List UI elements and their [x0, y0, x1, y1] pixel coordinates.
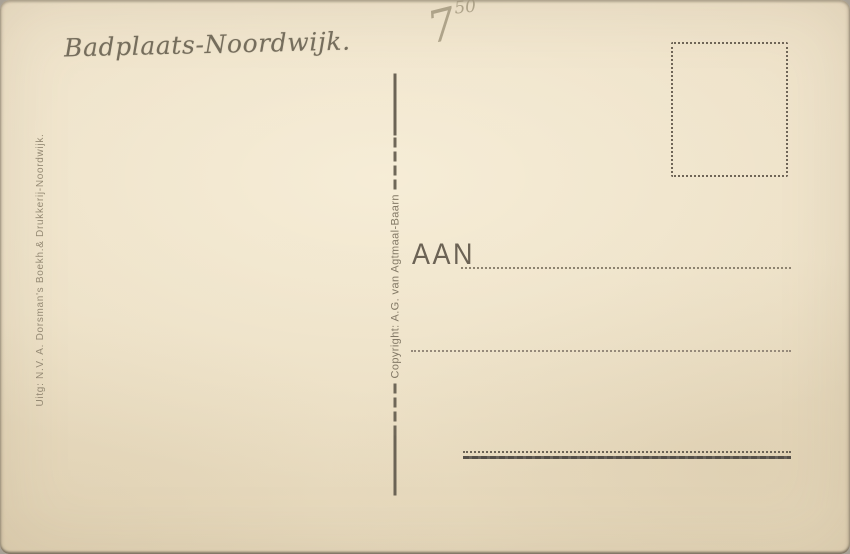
divider-rule: Copyright: A.G. van Agtmaal-Baarn: [388, 68, 403, 496]
divider-segment: [394, 384, 397, 436]
postcard-back: Badplaats-Noordwijk. 750 Uitg: N.V. A. D…: [0, 0, 850, 554]
divider-segment: [394, 436, 397, 496]
divider-segment: [394, 73, 397, 135]
copyright-imprint: Copyright: A.G. van Agtmaal-Baarn: [389, 189, 401, 383]
divider-segment: [394, 135, 397, 189]
pencil-price-mark: 750: [423, 0, 482, 51]
bottom-rule-solid: [463, 456, 791, 459]
bottom-rule: [463, 451, 791, 459]
bottom-rule-dotted: [463, 451, 791, 453]
address-dotted-line-2: [411, 350, 791, 352]
pencil-price-sup: 50: [453, 0, 477, 19]
stamp-box: [671, 42, 788, 177]
postcard-title: Badplaats-Noordwijk.: [64, 27, 351, 63]
address-dotted-line-1: [461, 267, 791, 269]
publisher-imprint: Uitg: N.V. A. Dorsman's Boekh.& Drukkeri…: [35, 110, 49, 430]
